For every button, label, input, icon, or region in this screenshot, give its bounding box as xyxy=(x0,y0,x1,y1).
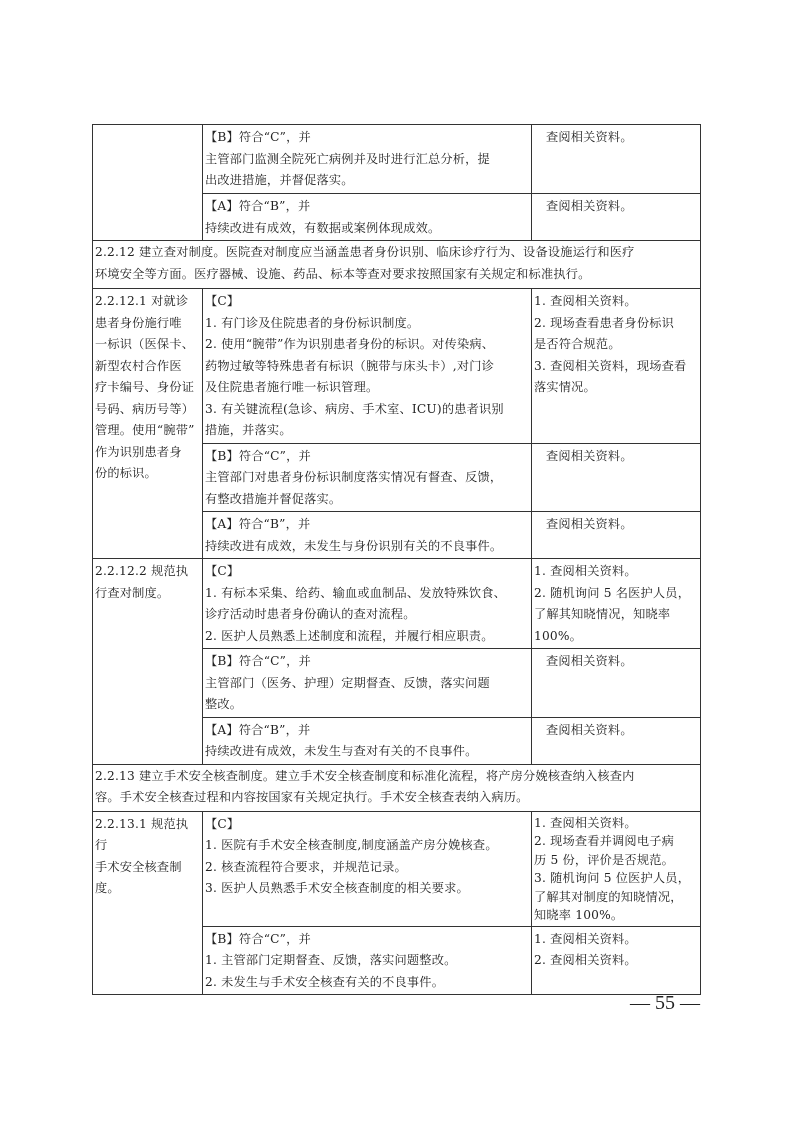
method-line: 知晓率 100%。 xyxy=(534,906,698,925)
grade-c-cell: 【C】 1. 医院有手术安全核查制度,制度涵盖产房分娩核查。 2. 核查流程符合… xyxy=(203,811,532,926)
title-line: 手术安全核查制 xyxy=(95,857,200,879)
grade-a-cell: 【A】符合“B”，并 持续改进有成效，有数据或案例体现成效。 xyxy=(203,194,532,241)
grade-a-cell: 【A】符合“B”，并 持续改进有成效，未发生与身份识别有关的不良事件。 xyxy=(203,512,532,559)
method-line: 1. 查阅相关资料。 xyxy=(534,929,698,951)
title-line: 疗卡编号、身份证 xyxy=(95,377,200,399)
item-title-2-2-12-1: 2.2.12.1 对就诊 患者身份施行唯 一标识（医保卡、 新型农村合作医 疗卡… xyxy=(93,289,203,559)
grade-c-cell: 【C】 1. 有门诊及住院患者的身份标识制度。 2. 使用“腕带”作为识别患者身… xyxy=(203,289,532,444)
section-line: 环境安全等方面。医疗器械、设施、药品、标本等查对要求按照国家有关规定和标准执行。 xyxy=(95,264,698,286)
method-line: 落实情况。 xyxy=(534,377,698,399)
method-text: 查阅相关资料。 xyxy=(546,654,633,668)
method-cell: 查阅相关资料。 xyxy=(532,125,701,194)
criteria-line: 持续改进有成效，有数据或案例体现成效。 xyxy=(205,218,529,240)
method-line: 2. 现场查看并调阅电子病 xyxy=(534,832,698,851)
section-line: 2.2.13 建立手术安全核查制度。建立手术安全核查制度和标准化流程，将产房分娩… xyxy=(95,766,698,788)
criteria-line: 出改进措施，并督促落实。 xyxy=(205,170,529,192)
item-title-cell xyxy=(93,125,203,241)
section-row: 2.2.12 建立查对制度。医院查对制度应当涵盖患者身份识别、临床诊疗行为、设备… xyxy=(93,241,701,289)
title-line: 行查对制度。 xyxy=(95,583,200,605)
method-cell: 1. 查阅相关资料。 2. 现场查看患者身份标识 是否符合规范。 3. 查阅相关… xyxy=(532,289,701,444)
method-line: 2. 查阅相关资料。 xyxy=(534,950,698,972)
grade-b-cell: 【B】符合“C”，并 主管部门对患者身份标识制度落实情况有督查、反馈， 有整改措… xyxy=(203,443,532,512)
criteria-line: 1. 有标本采集、给药、输血或血制品、发放特殊饮食、 xyxy=(205,583,529,605)
grade-b-cell: 【B】符合“C”，并 1. 主管部门定期督查、反馈，落实问题整改。 2. 未发生… xyxy=(203,926,532,995)
section-heading-2-2-12: 2.2.12 建立查对制度。医院查对制度应当涵盖患者身份识别、临床诊疗行为、设备… xyxy=(93,241,701,289)
grade-head: 【A】符合“B”，并 xyxy=(205,196,529,218)
method-line: 3. 查阅相关资料，现场查看 xyxy=(534,356,698,378)
criteria-line: 2. 医护人员熟悉上述制度和流程，并履行相应职责。 xyxy=(205,626,529,648)
method-line: 100%。 xyxy=(534,626,698,648)
grade-head: 【C】 xyxy=(205,291,529,313)
method-text: 查阅相关资料。 xyxy=(546,130,633,144)
standards-table: 【B】符合“C”，并 主管部门监测全院死亡病例并及时进行汇总分析，提 出改进措施… xyxy=(92,124,701,995)
grade-head: 【A】符合“B”，并 xyxy=(205,514,529,536)
grade-b-cell: 【B】符合“C”，并 主管部门（医务、护理）定期督查、反馈，落实问题 整改。 xyxy=(203,649,532,718)
method-cell: 查阅相关资料。 xyxy=(532,649,701,718)
grade-head: 【C】 xyxy=(205,814,529,836)
method-line: 1. 查阅相关资料。 xyxy=(534,814,698,833)
method-text: 查阅相关资料。 xyxy=(546,199,633,213)
criteria-line: 主管部门对患者身份标识制度落实情况有督查、反馈， xyxy=(205,467,529,489)
method-line: 2. 现场查看患者身份标识 xyxy=(534,313,698,335)
grade-a-cell: 【A】符合“B”，并 持续改进有成效，未发生与查对有关的不良事件。 xyxy=(203,717,532,764)
grade-c-cell: 【C】 1. 有标本采集、给药、输血或血制品、发放特殊饮食、 诊疗活动时患者身份… xyxy=(203,559,532,649)
criteria-line: 持续改进有成效，未发生与查对有关的不良事件。 xyxy=(205,741,529,763)
criteria-line: 主管部门监测全院死亡病例并及时进行汇总分析，提 xyxy=(205,149,529,171)
section-heading-2-2-13: 2.2.13 建立手术安全核查制度。建立手术安全核查制度和标准化流程，将产房分娩… xyxy=(93,764,701,811)
title-line: 份的标识。 xyxy=(95,463,200,485)
table-row: 2.2.12.2 规范执 行查对制度。 【C】 1. 有标本采集、给药、输血或血… xyxy=(93,559,701,649)
section-line: 容。手术安全核查过程和内容按国家有关规定执行。手术安全核查表纳入病历。 xyxy=(95,787,698,809)
method-line: 1. 查阅相关资料。 xyxy=(534,561,698,583)
title-line: 号码、病历号等） xyxy=(95,399,200,421)
criteria-line: 诊疗活动时患者身份确认的查对流程。 xyxy=(205,604,529,626)
method-line: 2. 随机询问 5 名医护人员， xyxy=(534,583,698,605)
criteria-line: 3. 有关键流程(急诊、病房、手术室、ICU)的患者识别 xyxy=(205,399,529,421)
item-title-2-2-13-1: 2.2.13.1 规范执行 手术安全核查制 度。 xyxy=(93,811,203,995)
method-cell: 查阅相关资料。 xyxy=(532,443,701,512)
table-row: 2.2.12.1 对就诊 患者身份施行唯 一标识（医保卡、 新型农村合作医 疗卡… xyxy=(93,289,701,444)
method-cell: 查阅相关资料。 xyxy=(532,194,701,241)
section-row: 2.2.13 建立手术安全核查制度。建立手术安全核查制度和标准化流程，将产房分娩… xyxy=(93,764,701,811)
title-line: 新型农村合作医 xyxy=(95,356,200,378)
title-line: 管理。使用“腕带” xyxy=(95,420,200,442)
criteria-line: 药物过敏等特殊患者有标识（腕带与床头卡）,对门诊 xyxy=(205,356,529,378)
grade-head: 【B】符合“C”，并 xyxy=(205,651,529,673)
grade-head: 【B】符合“C”，并 xyxy=(205,446,529,468)
grade-head: 【A】符合“B”，并 xyxy=(205,720,529,742)
grade-head: 【C】 xyxy=(205,561,529,583)
criteria-line: 整改。 xyxy=(205,694,529,716)
table-row: 2.2.13.1 规范执行 手术安全核查制 度。 【C】 1. 医院有手术安全核… xyxy=(93,811,701,926)
criteria-line: 及住院患者施行唯一标识管理。 xyxy=(205,377,529,399)
method-line: 了解其知晓情况，知晓率 xyxy=(534,604,698,626)
title-line: 2.2.12.2 规范执 xyxy=(95,561,200,583)
criteria-line: 持续改进有成效，未发生与身份识别有关的不良事件。 xyxy=(205,536,529,558)
method-line: 历 5 份，评价是否规范。 xyxy=(534,851,698,870)
criteria-line: 1. 有门诊及住院患者的身份标识制度。 xyxy=(205,313,529,335)
title-line: 2.2.13.1 规范执行 xyxy=(95,814,200,857)
method-line: 3. 随机询问 5 位医护人员， xyxy=(534,869,698,888)
title-line: 度。 xyxy=(95,878,200,900)
item-title-2-2-12-2: 2.2.12.2 规范执 行查对制度。 xyxy=(93,559,203,765)
criteria-line: 措施，并落实。 xyxy=(205,420,529,442)
method-text: 查阅相关资料。 xyxy=(546,723,633,737)
method-text: 查阅相关资料。 xyxy=(546,517,633,531)
grade-head: 【B】符合“C”，并 xyxy=(205,127,529,149)
title-line: 2.2.12.1 对就诊 xyxy=(95,291,200,313)
method-line: 了解其对制度的知晓情况， xyxy=(534,888,698,907)
method-cell: 1. 查阅相关资料。 2. 随机询问 5 名医护人员， 了解其知晓情况，知晓率 … xyxy=(532,559,701,649)
criteria-line: 有整改措施并督促落实。 xyxy=(205,489,529,511)
criteria-line: 2. 核查流程符合要求，并规范记录。 xyxy=(205,857,529,879)
criteria-line: 2. 使用“腕带”作为识别患者身份的标识。对传染病、 xyxy=(205,334,529,356)
method-cell: 1. 查阅相关资料。 2. 现场查看并调阅电子病 历 5 份，评价是否规范。 3… xyxy=(532,811,701,926)
grade-head: 【B】符合“C”，并 xyxy=(205,929,529,951)
criteria-line: 主管部门（医务、护理）定期督查、反馈，落实问题 xyxy=(205,673,529,695)
title-line: 一标识（医保卡、 xyxy=(95,334,200,356)
section-line: 2.2.12 建立查对制度。医院查对制度应当涵盖患者身份识别、临床诊疗行为、设备… xyxy=(95,242,698,264)
criteria-line: 1. 医院有手术安全核查制度,制度涵盖产房分娩核查。 xyxy=(205,835,529,857)
title-line: 患者身份施行唯 xyxy=(95,313,200,335)
criteria-line: 2. 未发生与手术安全核查有关的不良事件。 xyxy=(205,972,529,994)
page-number: — 55 — xyxy=(600,992,700,1015)
method-cell: 查阅相关资料。 xyxy=(532,717,701,764)
table-row: 【B】符合“C”，并 主管部门监测全院死亡病例并及时进行汇总分析，提 出改进措施… xyxy=(93,125,701,194)
title-line: 作为识别患者身 xyxy=(95,442,200,464)
criteria-line: 1. 主管部门定期督查、反馈，落实问题整改。 xyxy=(205,950,529,972)
method-cell: 1. 查阅相关资料。 2. 查阅相关资料。 xyxy=(532,926,701,995)
grade-b-cell: 【B】符合“C”，并 主管部门监测全院死亡病例并及时进行汇总分析，提 出改进措施… xyxy=(203,125,532,194)
criteria-line: 3. 医护人员熟悉手术安全核查制度的相关要求。 xyxy=(205,878,529,900)
method-text: 查阅相关资料。 xyxy=(546,449,633,463)
method-line: 是否符合规范。 xyxy=(534,334,698,356)
method-line: 1. 查阅相关资料。 xyxy=(534,291,698,313)
method-cell: 查阅相关资料。 xyxy=(532,512,701,559)
